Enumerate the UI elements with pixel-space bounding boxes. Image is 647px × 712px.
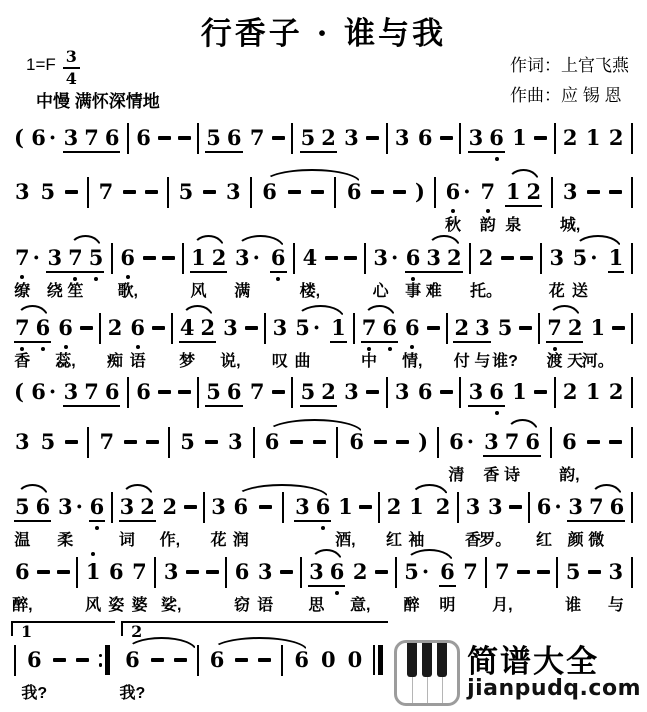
note: 3花	[548, 245, 565, 271]
note: 3与	[608, 559, 625, 585]
slur-group: 7诗6	[504, 429, 541, 455]
note-digit: 6歌,	[119, 245, 136, 271]
barline	[378, 492, 380, 523]
note: 7	[249, 125, 266, 151]
barline	[631, 123, 633, 154]
lyric: 送	[572, 279, 588, 305]
barline	[631, 492, 633, 523]
note-digit: 7婆	[131, 559, 148, 585]
note: 3花	[210, 494, 227, 520]
augmentation-dot: ·	[49, 125, 56, 151]
note-digit: 2付	[453, 315, 470, 341]
note: 2痴	[107, 315, 124, 341]
sustain-dash-bar	[203, 190, 216, 194]
note-digit: 2	[320, 125, 337, 151]
sustain-dash-bar	[178, 390, 191, 394]
note-digit: 2托。	[478, 245, 495, 271]
lyric: 楼,	[300, 279, 320, 305]
note-digit: 6	[609, 494, 626, 520]
note: 3心·	[372, 245, 398, 271]
augmentation-dot: ·	[253, 245, 260, 271]
note-digit: 3香	[465, 494, 482, 520]
lyric: 意,	[350, 593, 370, 619]
barline	[631, 243, 633, 274]
note: 6歌,	[119, 245, 136, 271]
note: 6醉,	[14, 559, 31, 585]
volta-label: 2	[131, 622, 142, 641]
lyric: 香	[483, 463, 499, 489]
barline	[364, 243, 366, 274]
barline	[550, 427, 552, 458]
slur-group: 1风2	[190, 245, 227, 273]
low-octave-dot	[41, 347, 45, 351]
sustain-dash	[178, 125, 191, 151]
sustain-dash-bar	[124, 440, 137, 444]
note-digit: 6	[209, 647, 226, 673]
note-digit: 6	[488, 379, 505, 405]
note-digit: 2痴	[107, 315, 124, 341]
barline	[554, 123, 556, 154]
sustain-dash-bar	[145, 190, 158, 194]
note-digit: 5	[300, 125, 317, 151]
barline	[225, 557, 227, 588]
sustain-dash-bar	[146, 440, 159, 444]
note: 6	[35, 315, 52, 341]
barline	[197, 377, 199, 408]
lyric: 红	[536, 528, 552, 554]
note-digit: 3难	[425, 245, 442, 271]
sustain-dash	[152, 315, 165, 341]
note-digit: 7	[462, 559, 479, 585]
sustain-dash	[371, 179, 384, 205]
augmentation-dot: ·	[554, 494, 561, 520]
lyric: 谁?	[492, 349, 518, 375]
note: 6情,	[404, 315, 421, 341]
sustain-dash-bar	[609, 440, 622, 444]
note-digit: 2红	[386, 494, 403, 520]
note-digit: 3	[343, 379, 360, 405]
parenthesis: (	[14, 379, 24, 405]
note: 7	[83, 125, 100, 151]
sustain-dash-bar	[374, 440, 387, 444]
note: 3与	[474, 315, 491, 341]
parenthesis: (	[14, 125, 24, 151]
lyric: 歌,	[117, 279, 137, 305]
sustain-dash	[280, 559, 293, 585]
lyric: 韵	[480, 213, 496, 239]
note-digit: 6润	[233, 494, 250, 520]
augmentation-dot: ·	[49, 379, 56, 405]
composer-credit: 作曲：应 锡 恩	[510, 81, 629, 111]
barline	[554, 377, 556, 408]
slur-group: 5曲·1	[294, 315, 347, 343]
note: 6润	[233, 494, 250, 520]
note: 3	[343, 379, 360, 405]
note: 6	[264, 429, 281, 455]
beam-group: 2付3与	[453, 315, 490, 343]
note-digit: 6我?	[26, 647, 43, 673]
sustain-dash	[609, 429, 622, 455]
beam-group: 3香7诗6	[483, 429, 541, 457]
lyric: 我?	[21, 681, 47, 707]
sustain-dash	[80, 315, 93, 341]
note-digit: 3香	[483, 429, 500, 455]
sustain-dash	[57, 559, 70, 585]
note-digit: 3花	[548, 245, 565, 271]
note: 6我?	[124, 647, 141, 673]
sustain-dash-bar	[205, 440, 218, 444]
note-digit: 7诗	[504, 429, 521, 455]
note-digit: 5	[39, 179, 56, 205]
note: 5醉·	[403, 559, 429, 585]
note-digit: 1	[608, 245, 625, 271]
note: 7	[98, 429, 115, 455]
sustain-dash	[272, 379, 285, 405]
note-digit: 7笙	[67, 245, 84, 271]
note: 5	[39, 179, 56, 205]
note: 1	[585, 125, 602, 151]
lyric: 罗。	[479, 528, 511, 554]
note-digit: 7渡	[546, 315, 563, 341]
sustain-dash	[396, 429, 409, 455]
beam-group: 5温6	[14, 494, 51, 522]
sustain-dash	[440, 125, 453, 151]
barline	[457, 492, 459, 523]
sustain-dash	[146, 429, 159, 455]
note: 2红	[386, 494, 403, 520]
slur-group: 7渡2天	[546, 315, 583, 343]
note: 2	[200, 315, 217, 341]
lyric: 作,	[160, 528, 180, 554]
sustain-dash-bar	[158, 136, 171, 140]
note: 5	[205, 379, 222, 405]
note: 3柔·	[57, 494, 83, 520]
piano-keys-icon	[394, 640, 460, 706]
sustain-dash-bar	[37, 570, 50, 574]
sustain-dash	[517, 559, 530, 585]
note: 1	[608, 245, 625, 271]
low-octave-dot	[94, 277, 98, 281]
note: 6	[417, 125, 434, 151]
sustain-dash-bar	[366, 136, 379, 140]
sustain-dash-bar	[371, 190, 384, 194]
slur-group: 6润36	[233, 494, 332, 523]
note: 5	[205, 125, 222, 151]
note-digit: 7微	[588, 494, 605, 520]
sustain-dash	[534, 125, 547, 151]
note-digit: 6	[35, 494, 52, 520]
note-digit: 1风	[190, 245, 207, 271]
barline	[203, 492, 205, 523]
note-digit: 6	[417, 125, 434, 151]
key-signature: 1=F 3 4	[26, 55, 80, 87]
note-digit: 6	[104, 125, 121, 151]
brand-name: 简谱大全	[467, 646, 641, 677]
sustain-dash-bar	[184, 505, 197, 509]
note: 6	[488, 125, 505, 151]
tempo-marking: 中慢 满怀深情地	[36, 87, 160, 112]
note-digit: 2	[562, 125, 579, 151]
note-digit: 3	[14, 179, 31, 205]
barline	[87, 427, 89, 458]
note: 2	[562, 379, 579, 405]
note: 3叹	[272, 315, 289, 341]
sustain-dash-bar	[158, 390, 171, 394]
note-digit: 5	[178, 179, 195, 205]
beam-group: 3思6	[308, 559, 345, 587]
note-digit: 3柔	[57, 494, 74, 520]
music-line-6: 3575366)6清·3香7诗66韵,	[14, 429, 633, 455]
note: 7中	[361, 315, 378, 341]
sustain-dash	[186, 559, 199, 585]
barline	[538, 313, 540, 344]
note-digit: 2	[562, 379, 579, 405]
note: 3	[294, 494, 311, 520]
sustain-dash-bar	[587, 190, 600, 194]
sustain-dash	[203, 179, 216, 205]
sustain-dash-bar	[280, 570, 293, 574]
note: 7诗	[504, 429, 521, 455]
sustain-dash-bar	[519, 326, 532, 330]
sustain-dash-bar	[57, 570, 70, 574]
sustain-dash-bar	[143, 256, 156, 260]
lyric: 中	[361, 349, 377, 375]
note: 7	[83, 379, 100, 405]
note: 3	[63, 379, 80, 405]
beam-group: 7中6	[361, 315, 398, 343]
slur-group: 5温6	[14, 494, 51, 522]
note-digit: 5温	[14, 494, 31, 520]
note-digit: 3花	[210, 494, 227, 520]
barline	[386, 123, 388, 154]
barline	[250, 177, 252, 208]
note: 3	[468, 125, 485, 151]
sustain-dash-bar	[344, 256, 357, 260]
thick-bar	[105, 645, 110, 675]
note-digit: 3心	[372, 245, 389, 271]
barline	[99, 313, 101, 344]
sustain-dash-bar	[587, 440, 600, 444]
note: 6语	[129, 315, 146, 341]
note-digit: 6	[30, 125, 47, 151]
sustain-dash-bar	[65, 190, 78, 194]
note-digit: 3与	[608, 559, 625, 585]
note-digit: 5	[88, 245, 105, 271]
barline	[111, 492, 113, 523]
sustain-dash-bar	[123, 190, 136, 194]
barline	[395, 557, 397, 588]
parenthesis: )	[415, 179, 425, 205]
sustain-dash	[375, 559, 388, 585]
black-key	[422, 643, 432, 677]
sustain-dash-bar	[393, 190, 406, 194]
note: 3香	[483, 429, 500, 455]
note: 6	[104, 379, 121, 405]
barline	[127, 377, 129, 408]
note: 0	[347, 647, 364, 673]
low-octave-dot	[495, 157, 499, 161]
note: 6	[135, 125, 152, 151]
note-digit: 6	[261, 179, 278, 205]
note-digit: 1袖	[408, 494, 425, 520]
note: 1袖	[408, 494, 425, 520]
note-digit: 5	[179, 429, 196, 455]
note: 6	[329, 559, 346, 585]
note: 6	[348, 429, 365, 455]
sustain-dash	[245, 315, 258, 341]
note-digit: 3罗。	[487, 494, 504, 520]
lyric: 颜	[568, 528, 584, 554]
note: 2付	[453, 315, 470, 341]
beam-group: 6	[89, 494, 106, 522]
note-digit: 3词	[119, 494, 136, 520]
note-digit: 3	[225, 179, 242, 205]
barline	[182, 243, 184, 274]
sustain-dash-bar	[152, 326, 165, 330]
slur-group: 7笙5	[67, 245, 104, 271]
low-octave-dot	[95, 526, 99, 530]
sustain-dash	[158, 379, 171, 405]
sustain-dash-bar	[245, 326, 258, 330]
barline	[197, 645, 199, 676]
note-digit: 6	[346, 179, 363, 205]
time-signature-top: 3	[63, 48, 80, 69]
note-digit: 3	[294, 494, 311, 520]
barline	[631, 427, 633, 458]
lyric: 谁	[565, 593, 581, 619]
note-digit: 6	[417, 379, 434, 405]
sustain-dash-bar	[534, 136, 547, 140]
note: 1	[511, 125, 528, 151]
note: 3	[394, 379, 411, 405]
note: 0	[320, 647, 337, 673]
note-digit: 6蕊,	[57, 315, 74, 341]
note-digit: 6情,	[404, 315, 421, 341]
augmentation-dot: ·	[76, 494, 83, 520]
note: 3	[468, 379, 485, 405]
beam-group: 1	[330, 315, 347, 343]
sustain-dash	[537, 559, 550, 585]
note-digit: 2	[446, 245, 463, 271]
note-digit: 7香	[14, 315, 31, 341]
note-digit: 3	[394, 125, 411, 151]
note: 2	[446, 245, 463, 271]
note: 5谁?	[497, 315, 514, 341]
lyric: 痴	[107, 349, 123, 375]
brand-text: 简谱大全 jianpudq.com	[467, 646, 641, 700]
note-digit: 3	[343, 125, 360, 151]
note: 2	[211, 245, 228, 271]
lyric: 河。	[582, 349, 614, 375]
note-digit: 6	[35, 315, 52, 341]
note-digit: 6	[135, 379, 152, 405]
music-line-5: (6·376656752336361212	[14, 379, 633, 405]
final-barline	[373, 645, 383, 675]
low-octave-dot	[321, 526, 325, 530]
note-digit: 1	[330, 315, 347, 341]
note: 6	[226, 125, 243, 151]
note: 7月,	[494, 559, 511, 585]
lyric: 明	[439, 593, 455, 619]
note-digit: 6语	[129, 315, 146, 341]
sustain-dash-bar	[80, 326, 93, 330]
note: 3颜	[567, 494, 584, 520]
note-digit: 6	[226, 379, 243, 405]
lyric: 诗	[504, 463, 520, 489]
sustain-dash	[53, 647, 66, 673]
note-digit: 5曲	[294, 315, 311, 341]
barline	[459, 123, 461, 154]
note-digit: 3城,	[562, 179, 579, 205]
lyric: 红	[386, 528, 402, 554]
sustain-dash-bar	[272, 390, 285, 394]
sustain-dash	[519, 315, 532, 341]
note: 6	[609, 494, 626, 520]
note-digit: 2	[200, 315, 217, 341]
note: 6	[524, 429, 541, 455]
note-digit: 7	[98, 429, 115, 455]
low-octave-dot	[388, 347, 392, 351]
note-digit: 1	[511, 125, 528, 151]
note: 5曲·	[294, 315, 320, 341]
note: 2	[139, 494, 156, 520]
note-digit: 7	[83, 379, 100, 405]
key-label: 1=F	[26, 55, 56, 75]
note-digit: 4楼,	[302, 245, 319, 271]
note: 3	[14, 429, 31, 455]
sustain-dash	[366, 379, 379, 405]
lyricist-credit: 作词：上官飞燕	[510, 51, 629, 81]
thin-bar	[373, 645, 375, 675]
note: 5	[300, 379, 317, 405]
beam-group: 36	[468, 125, 505, 153]
lyric: 绕	[47, 279, 63, 305]
barline	[127, 123, 129, 154]
note: 6	[270, 245, 287, 271]
lyric: 润	[233, 528, 249, 554]
note-digit: 6姿	[108, 559, 125, 585]
lyric: 娑,	[161, 593, 181, 619]
note: 4楼,	[302, 245, 319, 271]
sustain-dash	[374, 429, 387, 455]
note: 6	[488, 379, 505, 405]
lyric: 情,	[402, 349, 422, 375]
note: 2	[320, 379, 337, 405]
sustain-dash	[76, 647, 89, 673]
note: 6清·	[448, 429, 474, 455]
lyric: 事	[405, 279, 421, 305]
note-digit: 7月,	[494, 559, 511, 585]
note: 3说,	[222, 315, 239, 341]
note-digit: 6韵,	[561, 429, 578, 455]
note: 6	[315, 494, 332, 520]
beam-group: 52	[300, 125, 337, 153]
note-digit: 6	[293, 647, 310, 673]
note-digit: 3	[468, 379, 485, 405]
black-key	[437, 643, 447, 677]
barline	[528, 492, 530, 523]
note-digit: 3	[394, 379, 411, 405]
note: 2	[562, 125, 579, 151]
slur-group: 4梦2	[179, 315, 216, 343]
lyric: 付	[454, 349, 470, 375]
slur-group: 5送·1	[572, 245, 625, 273]
lyric: 月,	[492, 593, 512, 619]
note-digit: 6	[329, 559, 346, 585]
sustain-dash-bar	[440, 390, 453, 394]
slur-group: 5醉·6明	[403, 559, 456, 587]
sustain-dash	[184, 494, 197, 520]
